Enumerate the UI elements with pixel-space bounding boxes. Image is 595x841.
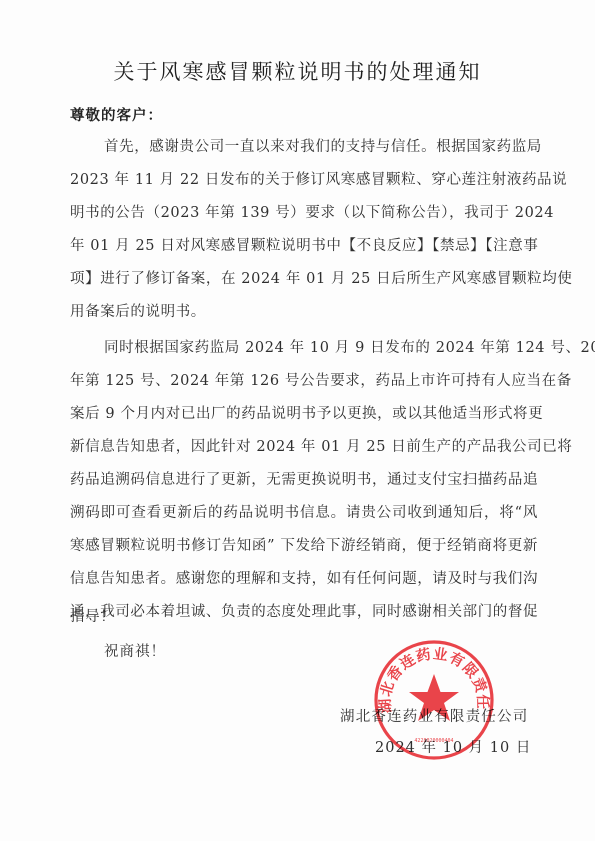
body-line: 寒感冒颗粒说明书修订告知函” 下发给下游经销商，便于经销商将更新: [70, 536, 538, 556]
body-line: 新信息告知患者，因此针对 2024 年 01 月 25 日前生产的产品我公司已将: [70, 437, 538, 457]
body-line: 项】进行了修订备案，在 2024 年 01 月 25 日后所生产风寒感冒颗粒均使: [70, 269, 538, 289]
body-line: 年第 125 号、2024 年第 126 号公告要求，药品上市许可持有人应当在备: [70, 371, 538, 391]
closing-greeting: 祝商祺！: [104, 640, 166, 661]
document-title: 关于风寒感冒颗粒说明书的处理通知: [0, 56, 595, 86]
document-page: 关于风寒感冒颗粒说明书的处理通知 尊敬的客户： 首先，感谢贵公司一直以来对我们的…: [0, 0, 595, 841]
body-line: 用备案后的说明书。: [70, 302, 538, 322]
svg-text:4228020000404: 4228020000404: [414, 738, 453, 744]
body-line: 同时根据国家药监局 2024 年 10 月 9 日发布的 2024 年第 124…: [104, 338, 538, 358]
body-line: 首先，感谢贵公司一直以来对我们的支持与信任。根据国家药监局: [104, 137, 538, 157]
body-line: 年 01 月 25 日对风寒感冒颗粒说明书中【不良反应】【禁忌】【注意事: [70, 236, 538, 256]
body-line: 指导！: [70, 607, 170, 627]
body-line: 案后 9 个月内对已出厂的药品说明书予以更换，或以其他适当形式将更: [70, 404, 538, 424]
body-line: 明书的公告（2023 年第 139 号）要求（以下简称公告），我司于 2024: [70, 203, 538, 223]
salutation: 尊敬的客户：: [70, 104, 163, 125]
company-seal-stamp-icon: 湖北香连药业有限责任公司 4228020000404: [370, 638, 498, 766]
body-line: 溯码即可查看更新后的药品说明书信息。请贵公司收到通知后，将“风: [70, 503, 538, 523]
body-line: 信息告知患者。感谢您的理解和支持，如有任何问题，请及时与我们沟: [70, 569, 538, 589]
body-line: 2023 年 11 月 22 日发布的关于修订风寒感冒颗粒、穿心莲注射液药品说: [70, 170, 538, 190]
body-line: 药品追溯码信息进行了更新，无需更换说明书，通过支付宝扫描药品追: [70, 470, 538, 490]
